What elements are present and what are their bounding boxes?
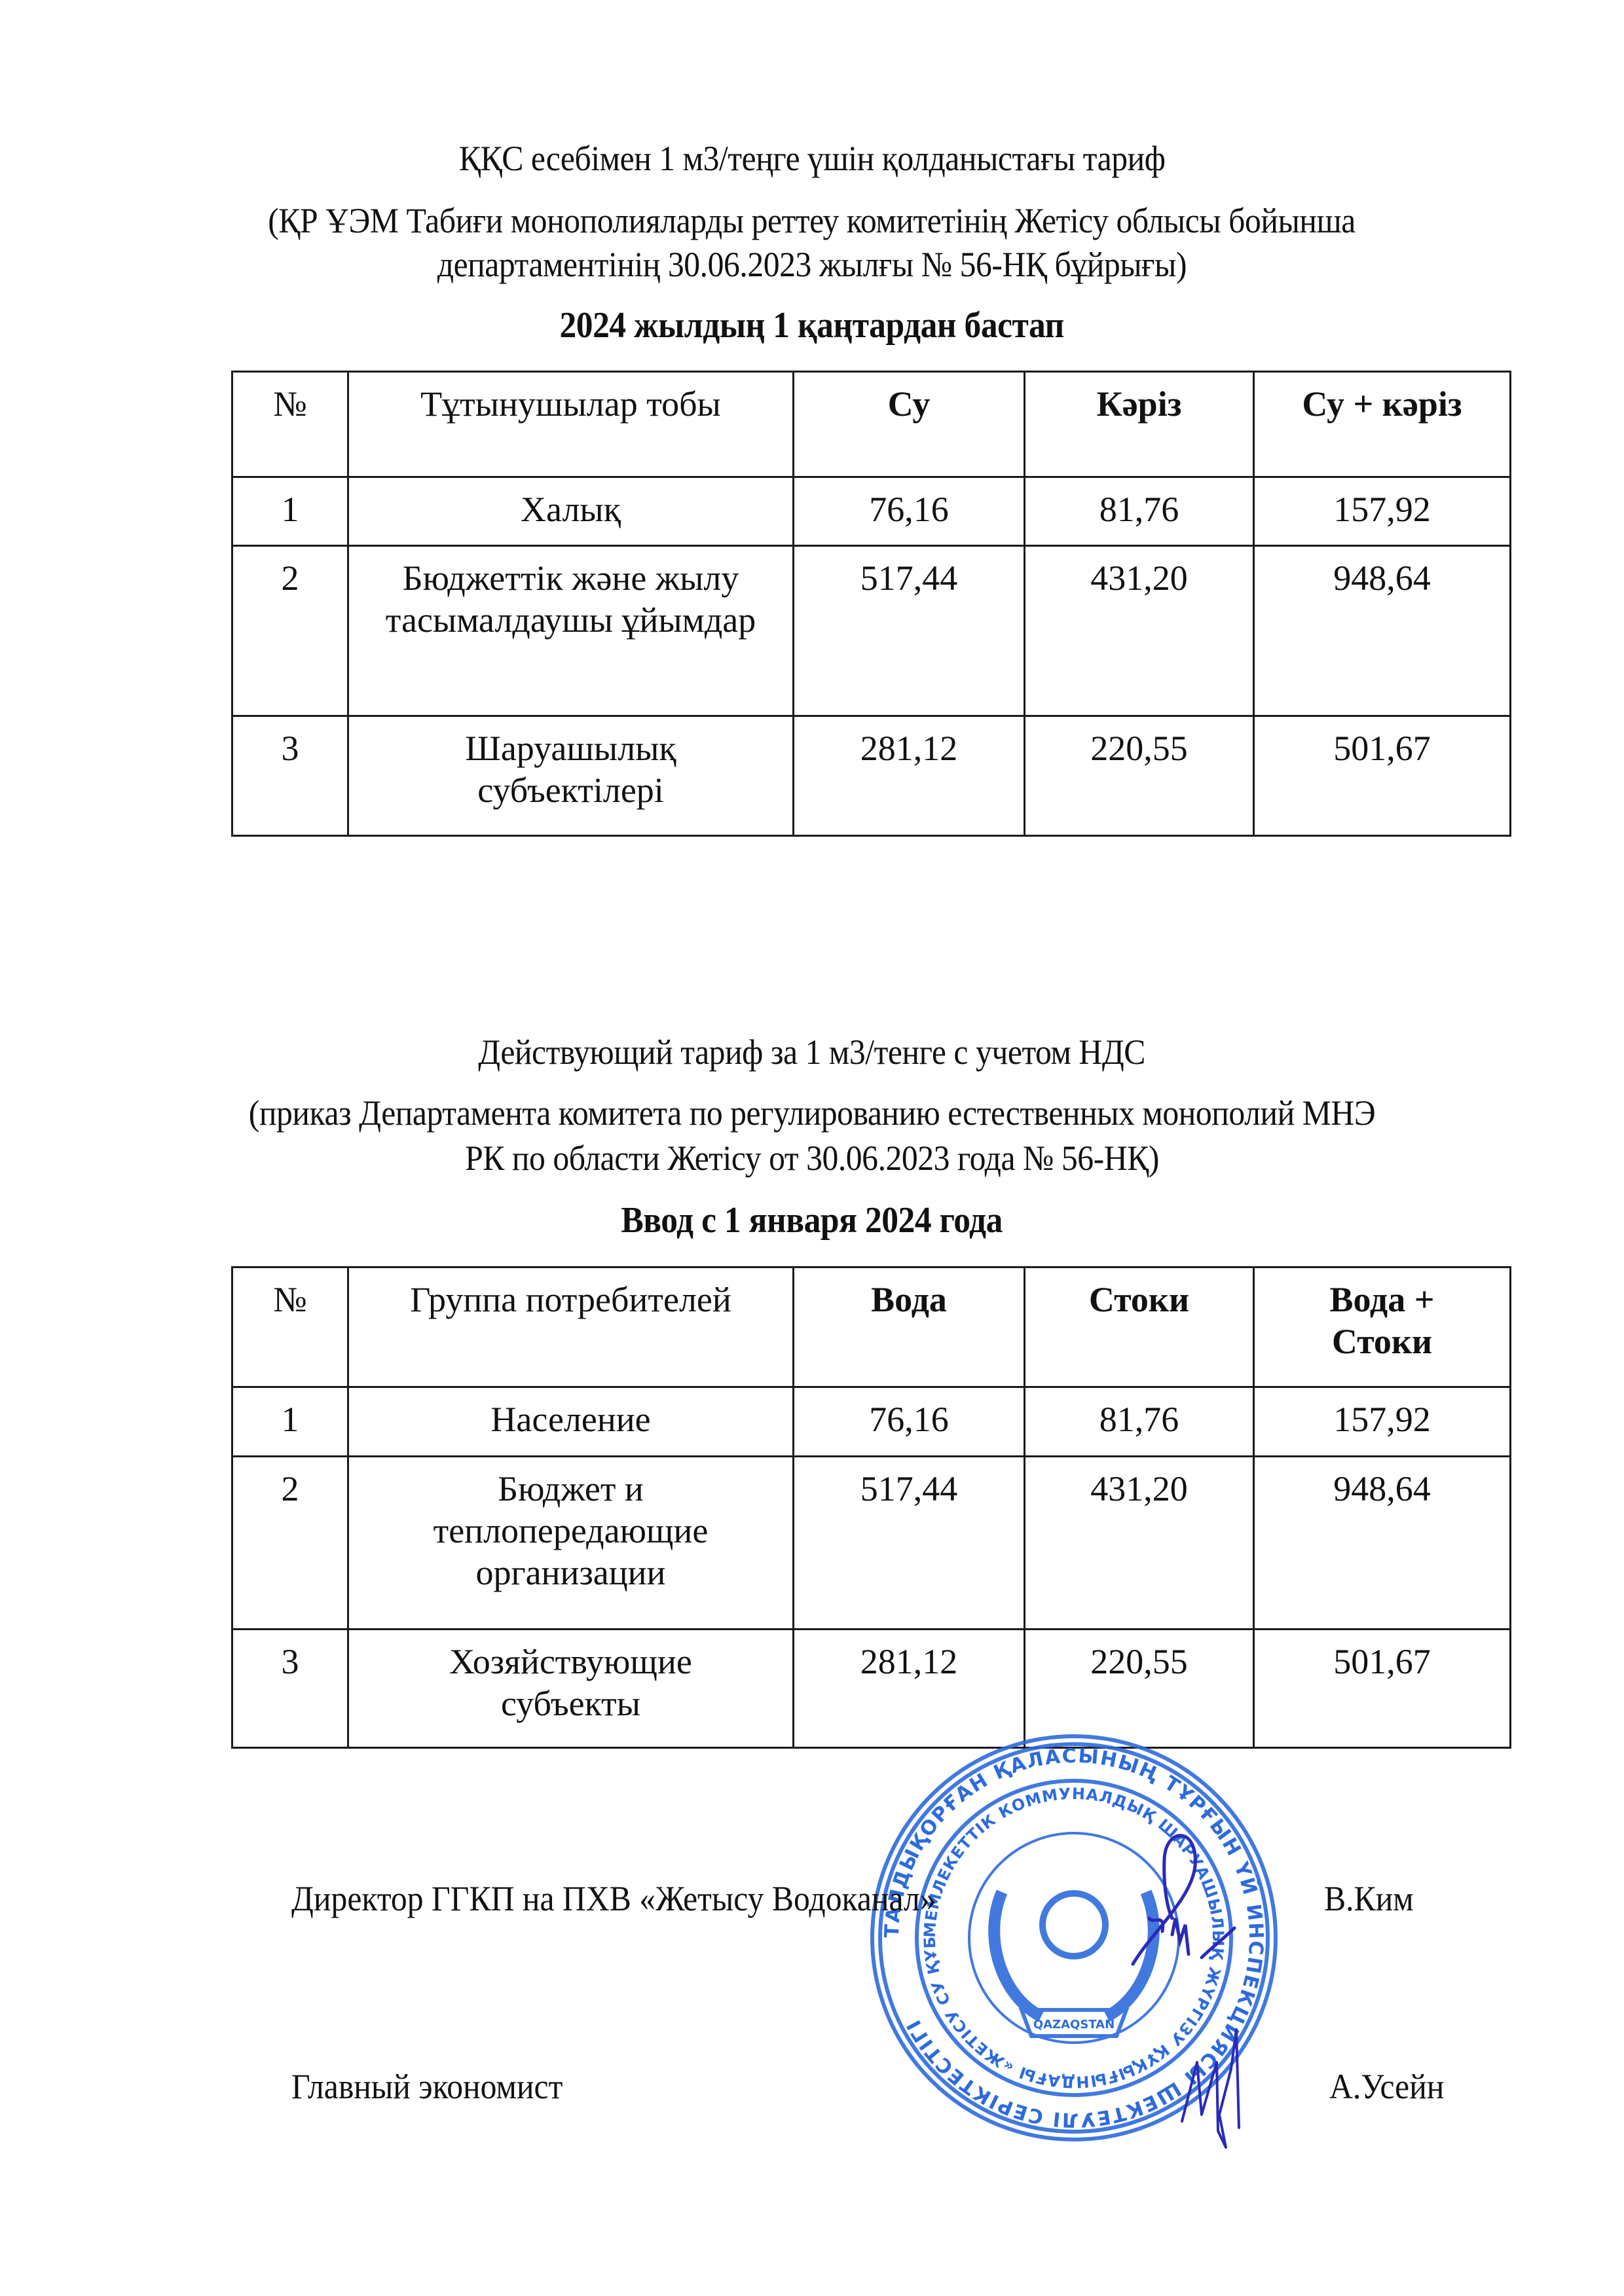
header-group: Тұтынушылар тобы (348, 372, 794, 477)
cell-group: Хозяйствующие субъекты (348, 1630, 794, 1748)
header-total: Су + кәріз (1254, 372, 1511, 477)
kz-title: ҚҚС есебімен 1 м3/теңге үшін қолданыстағ… (0, 137, 1624, 179)
cell-water: 76,16 (794, 477, 1025, 546)
cell-group: Бюджет и теплопередающие организации (348, 1457, 794, 1630)
cell-water: 76,16 (794, 1387, 1025, 1457)
cell-sewage: 431,20 (1025, 546, 1254, 716)
director-name: В.Ким (1324, 1878, 1422, 1920)
cell-group: Шаруашылық субъектілері (348, 716, 794, 836)
table-row: 1 Халық 76,16 81,76 157,92 (232, 477, 1511, 546)
ru-title: Действующий тариф за 1 м3/тенге с учетом… (0, 1031, 1624, 1073)
economist-name: А.Усейн (1329, 2066, 1454, 2107)
cell-total: 157,92 (1254, 477, 1511, 546)
header-no: № (232, 1267, 348, 1387)
cell-sewage: 431,20 (1025, 1457, 1254, 1630)
cell-no: 3 (232, 1630, 348, 1748)
table-row: 3 Шаруашылық субъектілері 281,12 220,55 … (232, 716, 1511, 836)
header-group: Группа потребителей (348, 1267, 794, 1387)
cell-no: 1 (232, 477, 348, 546)
table-row: 2 Бюджеттік және жылу тасымалдаушы ұйымд… (232, 546, 1511, 716)
kz-tariff-table: № Тұтынушылар тобы Су Кәріз Су + кәріз 1… (231, 371, 1511, 837)
cell-group: Бюджеттік және жылу тасымалдаушы ұйымдар (348, 546, 794, 716)
director-title: Директор ГГКП на ПХВ «Жетысу Водоканал» (291, 1878, 992, 1920)
table-row: 2 Бюджет и теплопередающие организации 5… (232, 1457, 1511, 1630)
cell-group: Население (348, 1387, 794, 1457)
economist-signature (1179, 2023, 1257, 2154)
cell-sewage: 81,76 (1025, 477, 1254, 546)
table-header-row: № Группа потребителей Вода Стоки Вода + … (232, 1267, 1511, 1387)
cell-no: 3 (232, 716, 348, 836)
header-water: Вода (794, 1267, 1025, 1387)
cell-total: 157,92 (1254, 1387, 1511, 1457)
kz-effective-date: 2024 жылдың 1 қаңтардан бастап (0, 304, 1624, 346)
cell-sewage: 81,76 (1025, 1387, 1254, 1457)
header-sewage: Стоки (1025, 1267, 1254, 1387)
director-signature (1113, 1820, 1257, 1971)
table-header-row: № Тұтынушылар тобы Су Кәріз Су + кәріз (232, 372, 1511, 477)
cell-no: 1 (232, 1387, 348, 1457)
ru-subtitle-line2: РК по области Жетісу от 30.06.2023 года … (0, 1137, 1624, 1179)
stamp-sun-icon (1043, 1893, 1105, 1956)
cell-water: 517,44 (794, 1457, 1025, 1630)
ru-tariff-table: № Группа потребителей Вода Стоки Вода + … (231, 1266, 1511, 1749)
header-water: Су (794, 372, 1025, 477)
cell-no: 2 (232, 1457, 348, 1630)
table-row: 1 Население 76,16 81,76 157,92 (232, 1387, 1511, 1457)
cell-total: 501,67 (1254, 1630, 1511, 1748)
cell-total: 948,64 (1254, 1457, 1511, 1630)
header-total: Вода + Стоки (1254, 1267, 1511, 1387)
ru-effective-date: Ввод с 1 января 2024 года (0, 1199, 1624, 1241)
economist-title: Главный экономист (291, 2066, 586, 2107)
cell-water: 281,12 (794, 716, 1025, 836)
cell-group: Халық (348, 477, 794, 546)
cell-no: 2 (232, 546, 348, 716)
cell-sewage: 220,55 (1025, 716, 1254, 836)
document-page: ҚҚС есебімен 1 м3/теңге үшін қолданыстағ… (0, 0, 1624, 2296)
ru-subtitle-line1: (приказ Департамента комитета по регулир… (0, 1092, 1624, 1134)
kz-subtitle-line1: (ҚР ҰЭМ Табиғи монополияларды реттеу ком… (0, 200, 1624, 242)
stamp-emblem-label: QAZAQSTAN (1033, 2018, 1115, 2032)
cell-total: 948,64 (1254, 546, 1511, 716)
header-no: № (232, 372, 348, 477)
cell-water: 517,44 (794, 546, 1025, 716)
cell-total: 501,67 (1254, 716, 1511, 836)
header-sewage: Кәріз (1025, 372, 1254, 477)
kz-subtitle-line2: департаментінің 30.06.2023 жылғы № 56-НҚ… (0, 244, 1624, 285)
